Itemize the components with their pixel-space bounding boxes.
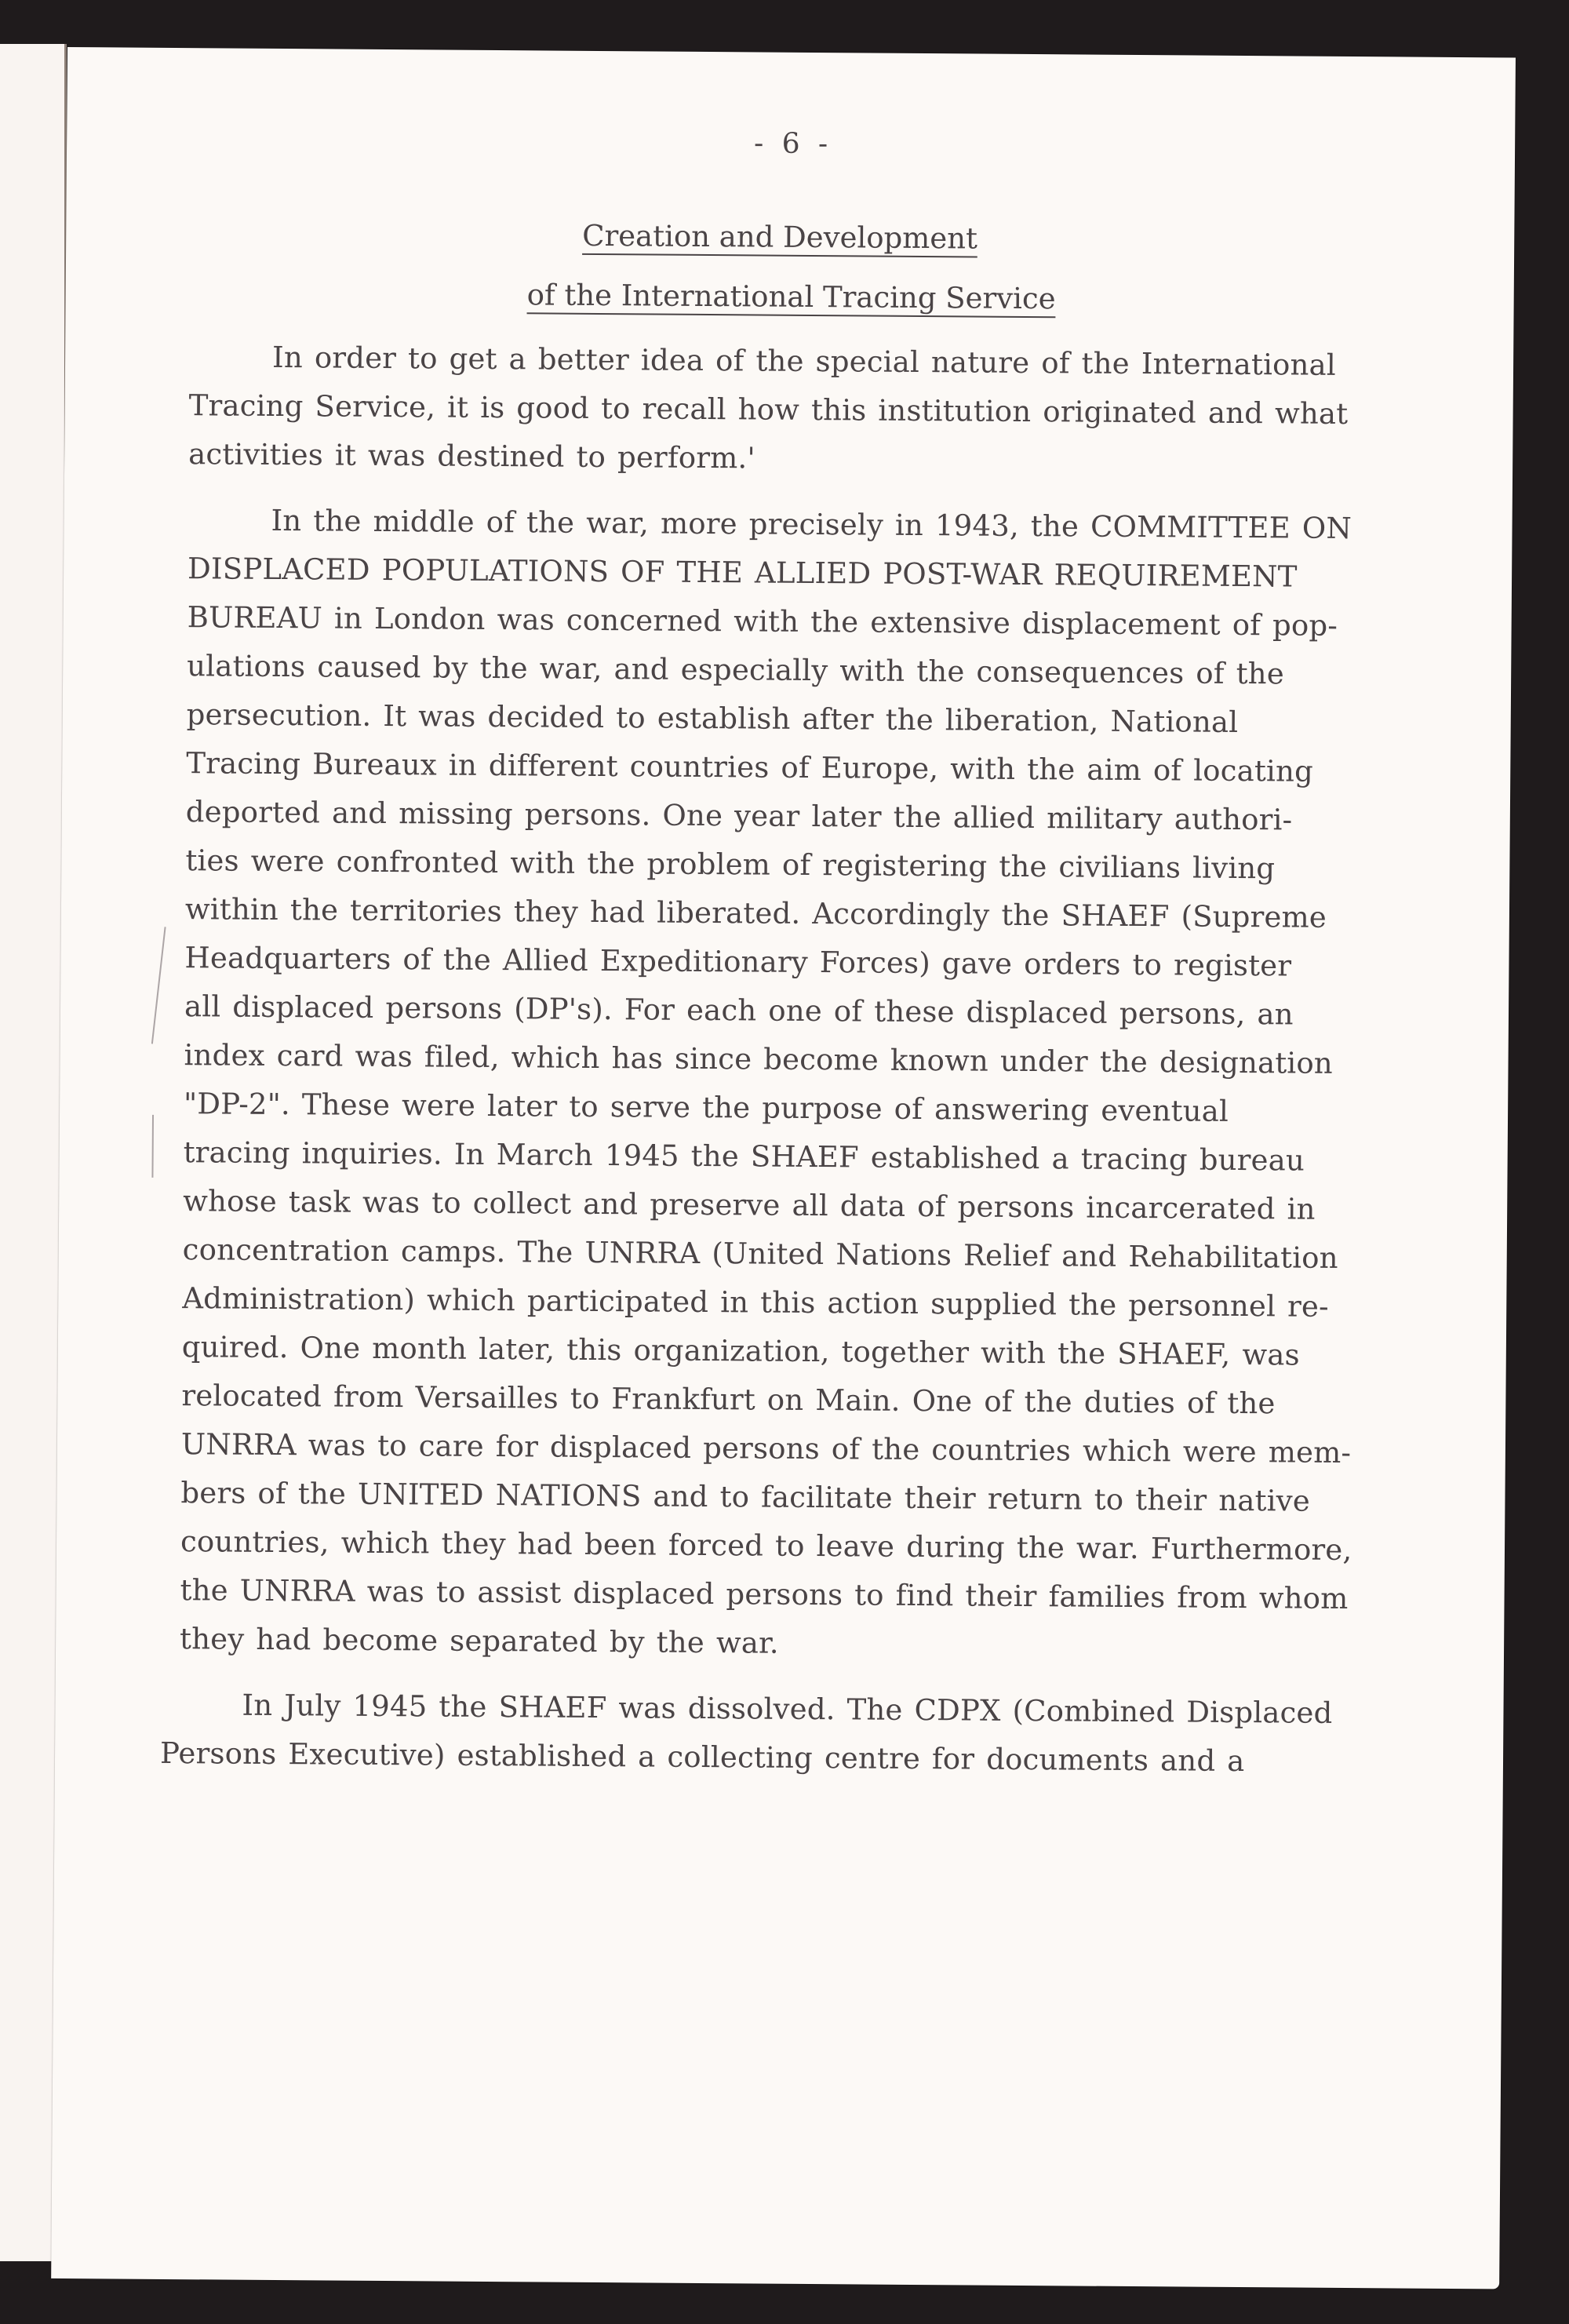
section-title-line-1: Creation and Development: [582, 219, 977, 257]
paragraph-3: In July 1945 the SHAEF was dissolved. Th…: [67, 47, 1516, 58]
paragraph-line: relocated from Versailles to Frankfurt o…: [181, 1379, 1275, 1421]
paragraph-line: Tracing Service, it is good to recall ho…: [188, 388, 1348, 432]
paragraph-2: In the middle of the war, more precisely…: [67, 47, 1516, 58]
page-number: - 6 -: [67, 122, 1515, 166]
paragraph-line: they had become separated by the war.: [180, 1622, 779, 1661]
paragraph-line: UNRRA was to care for displaced persons …: [181, 1427, 1352, 1470]
paragraph-line: concentration camps. The UNRRA (United N…: [183, 1233, 1338, 1276]
paragraph-line: index card was filed, which has since be…: [184, 1038, 1333, 1081]
paragraph-line: Persons Executive) established a collect…: [160, 1736, 1245, 1779]
paragraph-line: DISPLACED POPULATIONS OF THE ALLIED POST…: [187, 552, 1298, 594]
margin-pen-mark: [151, 1115, 154, 1178]
paragraph-line: ulations caused by the war, and especial…: [187, 649, 1284, 691]
paragraph-line: In July 1945 the SHAEF was dissolved. Th…: [242, 1688, 1332, 1731]
paragraph-line: ties were confronted with the problem of…: [185, 843, 1275, 886]
margin-pen-mark: [151, 927, 166, 1044]
paragraph-line: In order to get a better idea of the spe…: [272, 341, 1336, 383]
paragraph-line: "DP-2". These were later to serve the pu…: [184, 1087, 1229, 1129]
paragraph-line: Administration) which participated in th…: [182, 1281, 1329, 1324]
document-page: - 6 - Creation and Development of the In…: [51, 47, 1516, 2289]
paragraph-line: Tracing Bureaux in different countries o…: [186, 746, 1313, 789]
paragraph-line: persecution. It was decided to establish…: [187, 698, 1239, 740]
paragraph-line: In the middle of the war, more precisely…: [271, 504, 1352, 546]
paragraph-line: countries, which they had been forced to…: [180, 1524, 1352, 1568]
paragraph-1: In order to get a better idea of the spe…: [67, 47, 1516, 58]
paragraph-line: BUREAU in London was concerned with the …: [187, 600, 1338, 643]
paragraph-line: bers of the UNITED NATIONS and to facili…: [180, 1476, 1310, 1519]
section-title-line-2: of the International Tracing Service: [527, 278, 1056, 316]
paragraph-line: tracing inquiries. In March 1945 the SHA…: [184, 1135, 1305, 1178]
paragraph-line: all displaced persons (DP's). For each o…: [184, 989, 1294, 1032]
paragraph-line: deported and missing persons. One year l…: [186, 795, 1293, 837]
paragraph-line: quired. One month later, this organizati…: [182, 1330, 1300, 1372]
paragraph-line: whose task was to collect and preserve a…: [183, 1184, 1316, 1227]
paragraph-line: activities it was destined to perform.': [188, 437, 755, 475]
paragraph-line: the UNRRA was to assist displaced person…: [180, 1573, 1348, 1616]
paragraph-line: Headquarters of the Allied Expeditionary…: [184, 941, 1291, 983]
paragraph-line: within the territories they had liberate…: [185, 892, 1327, 935]
